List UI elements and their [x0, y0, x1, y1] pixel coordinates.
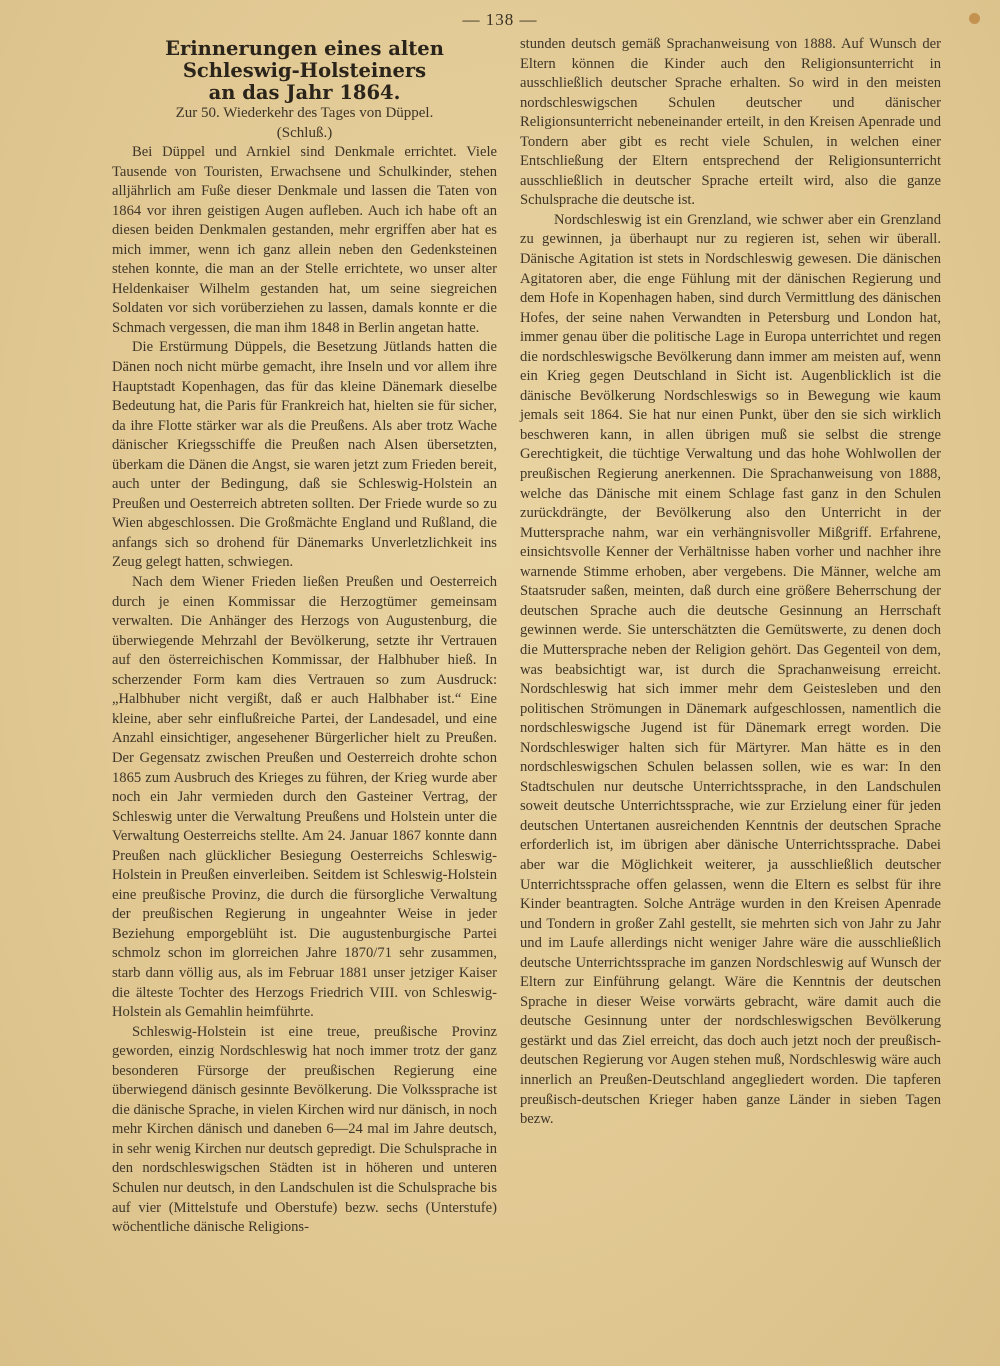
paragraph: Nordschleswig ist ein Grenzland, wie sch… [520, 211, 941, 1130]
paragraph: Nach dem Wiener Frieden ließen Preußen u… [112, 573, 497, 1023]
right-column: stunden deutsch gemäß Sprachanweisung vo… [520, 35, 941, 1130]
paragraph: Schleswig-Holstein ist eine treue, preuß… [112, 1023, 497, 1238]
paragraph: Die Erstürmung Düppels, die Besetzung Jü… [112, 338, 497, 573]
article-title-line2: an das Jahr 1864. [209, 81, 401, 104]
paragraph: Bei Düppel und Arnkiel sind Denkmale err… [112, 143, 497, 338]
page-number: — 138 — [0, 10, 1000, 30]
article-title-line1: Erinnerungen eines alten Schleswig-Holst… [165, 37, 444, 82]
paragraph-continued: stunden deutsch gemäß Sprachanweisung vo… [520, 35, 941, 211]
article-title: Erinnerungen eines alten Schleswig-Holst… [112, 36, 497, 104]
ink-stain [969, 13, 980, 24]
left-column: Erinnerungen eines alten Schleswig-Holst… [112, 36, 497, 1238]
article-subtitle: Zur 50. Wiederkehr des Tages von Düppel. [112, 104, 497, 124]
article-note: (Schluß.) [112, 124, 497, 144]
